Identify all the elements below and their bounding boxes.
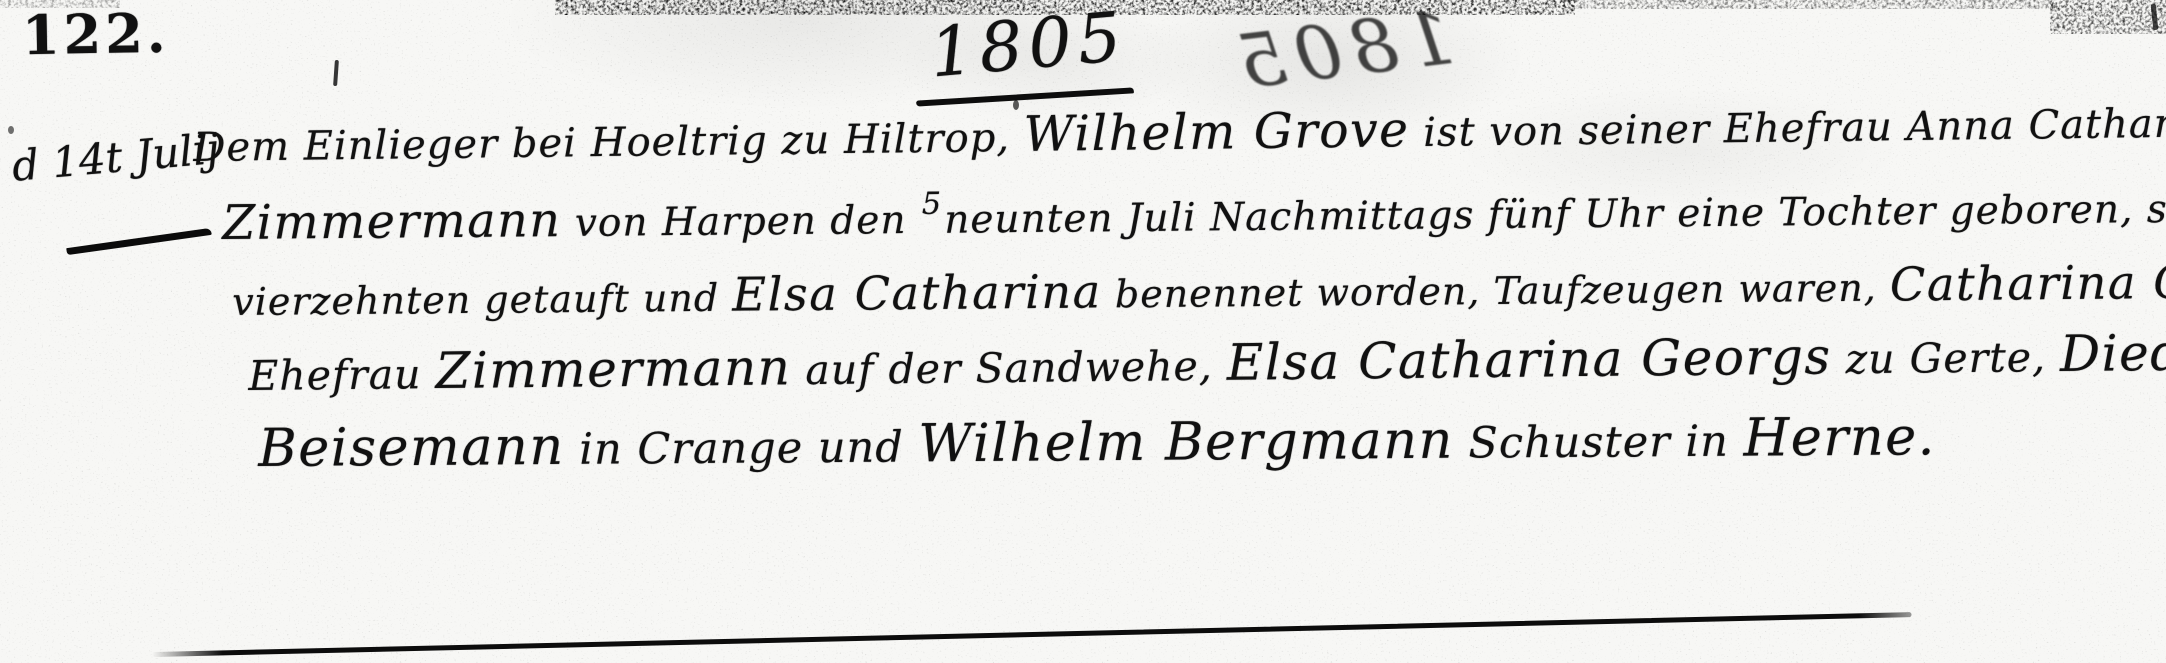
- record-line-1: Dem Einlieger bei Hoeltrig zu Hiltrop, W…: [193, 91, 2166, 173]
- entry-separator-line: [152, 612, 1912, 657]
- text-segment: Schuster in: [1454, 417, 1744, 469]
- child-name: Elsa Catharina: [732, 264, 1102, 321]
- witness-name-3-first: Diederich: [2060, 322, 2166, 383]
- mother-surname: Zimmermann: [222, 193, 562, 251]
- text-segment: von Harpen den: [561, 198, 920, 246]
- register-page-scan: 122. 1805 1805 d 14t Julij Dem Einlieger…: [0, 0, 2166, 663]
- record-line-4: Ehefrau Zimmermann auf der Sandwehe, Els…: [248, 322, 2166, 402]
- ink-speck: [333, 60, 339, 86]
- text-segment: Dem Einlieger bei Hoeltrig zu Hiltrop,: [193, 115, 1024, 171]
- father-name: Wilhelm Grove: [1023, 101, 1410, 163]
- record-line-2: Zimmermann von Harpen den 5neunten Juli …: [222, 178, 2166, 251]
- place-name-herne: Herne.: [1743, 406, 1936, 468]
- text-segment: zu Gerte,: [1831, 333, 2060, 383]
- witness-name-4: Wilhelm Bergmann: [918, 410, 1454, 475]
- text-segment: auf der Sandwehe,: [791, 342, 1227, 395]
- witness-name-1: Catharina Gerdrutt: [1890, 253, 2166, 311]
- year-bleedthrough: 1805: [1225, 0, 1459, 107]
- text-segment: benennet worden, Taufzeugen waren,: [1102, 266, 1890, 317]
- scan-noise-corner: [2050, 0, 2166, 34]
- ink-speck: [2151, 4, 2159, 30]
- margin-date-underline: [66, 228, 212, 255]
- text-segment: Ehefrau: [248, 350, 436, 400]
- superscript-insertion: 5: [922, 187, 943, 222]
- record-line-5: Beisemann in Crange und Wilhelm Bergmann…: [258, 406, 1936, 479]
- text-segment: neunten Juli Nachmittags fünf Uhr eine T…: [944, 186, 2166, 243]
- margin-date: d 14t Julij: [10, 124, 221, 191]
- year-heading: 1805: [927, 0, 1130, 93]
- text-segment: vierzehnten getauft und: [232, 276, 732, 324]
- ink-speck: [1013, 100, 1019, 110]
- record-line-3: vierzehnten getauft und Elsa Catharina b…: [232, 253, 2166, 326]
- text-segment: ist von seiner Ehefrau Anna Catharina: [1409, 100, 2166, 156]
- witness-surname: Zimmermann: [435, 338, 791, 400]
- entry-number: 122.: [21, 1, 170, 68]
- witness-name-3-last: Beisemann: [258, 416, 565, 479]
- text-segment: in Crange und: [564, 422, 918, 474]
- scan-noise-top-right: [1560, 0, 2060, 9]
- ink-speck: [8, 126, 14, 134]
- witness-name-2: Elsa Catharina Georgs: [1227, 327, 1832, 391]
